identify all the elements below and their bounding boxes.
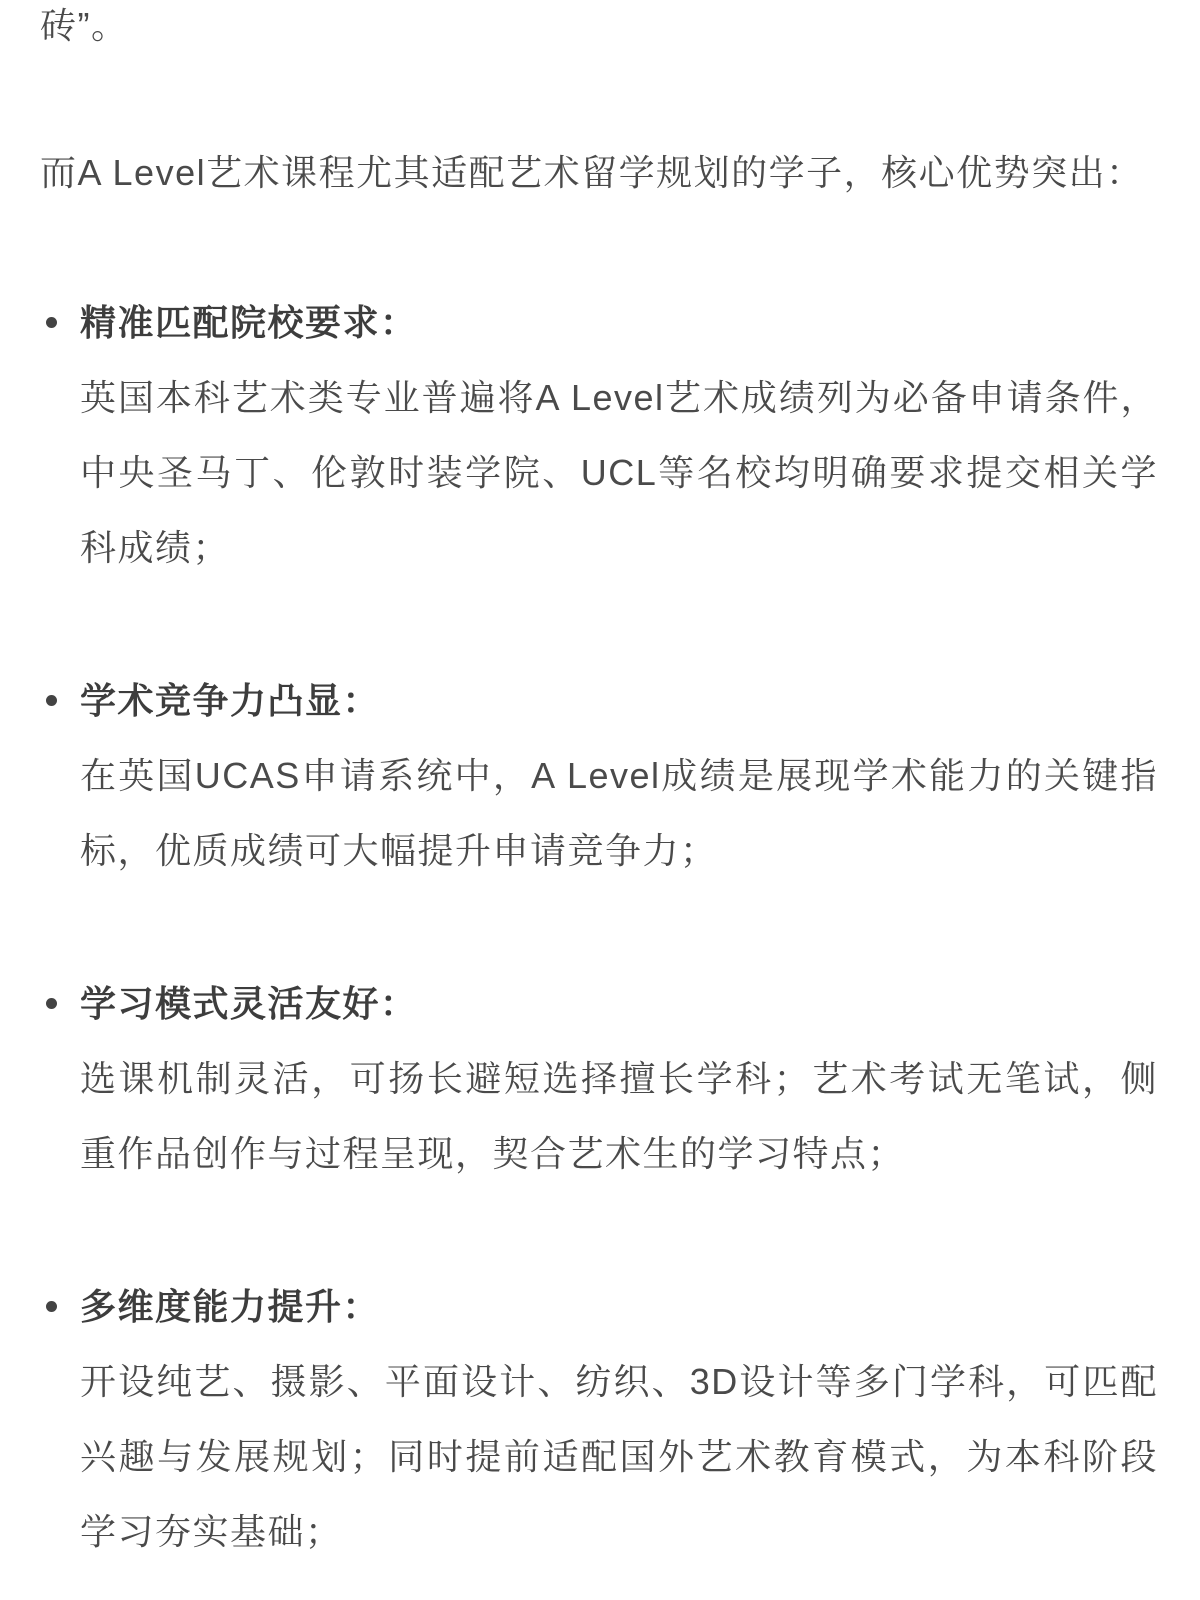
item-heading: 学习模式灵活友好： bbox=[80, 966, 1158, 1041]
item-body: 在英国UCAS申请系统中，A Level成绩是展现学术能力的关键指标，优质成绩可… bbox=[80, 738, 1158, 888]
bullet-marker-icon bbox=[46, 998, 57, 1009]
list-item: 多维度能力提升： 开设纯艺、摄影、平面设计、纺织、3D设计等多门学科，可匹配兴趣… bbox=[40, 1269, 1158, 1569]
item-body: 英国本科艺术类专业普遍将A Level艺术成绩列为必备申请条件，中央圣马丁、伦敦… bbox=[80, 360, 1158, 585]
item-heading: 学术竞争力凸显： bbox=[80, 663, 1158, 738]
item-heading: 多维度能力提升： bbox=[80, 1269, 1158, 1344]
article-body: 砖”。 而A Level艺术课程尤其适配艺术留学规划的学子，核心优势突出： 精准… bbox=[0, 0, 1200, 1569]
intro-paragraph: 而A Level艺术课程尤其适配艺术留学规划的学子，核心优势突出： bbox=[40, 135, 1158, 210]
list-item: 学习模式灵活友好： 选课机制灵活，可扬长避短选择擅长学科；艺术考试无笔试，侧重作… bbox=[40, 966, 1158, 1191]
bullet-marker-icon bbox=[46, 1301, 57, 1312]
item-heading: 精准匹配院校要求： bbox=[80, 285, 1158, 360]
lead-paragraph-fragment: 砖”。 bbox=[40, 0, 1158, 63]
bullet-marker-icon bbox=[46, 317, 57, 328]
item-body: 开设纯艺、摄影、平面设计、纺织、3D设计等多门学科，可匹配兴趣与发展规划；同时提… bbox=[80, 1344, 1158, 1569]
list-item: 学术竞争力凸显： 在英国UCAS申请系统中，A Level成绩是展现学术能力的关… bbox=[40, 663, 1158, 888]
bullet-marker-icon bbox=[46, 695, 57, 706]
list-item: 精准匹配院校要求： 英国本科艺术类专业普遍将A Level艺术成绩列为必备申请条… bbox=[40, 285, 1158, 585]
benefits-list: 精准匹配院校要求： 英国本科艺术类专业普遍将A Level艺术成绩列为必备申请条… bbox=[40, 285, 1158, 1569]
item-body: 选课机制灵活，可扬长避短选择擅长学科；艺术考试无笔试，侧重作品创作与过程呈现，契… bbox=[80, 1041, 1158, 1191]
